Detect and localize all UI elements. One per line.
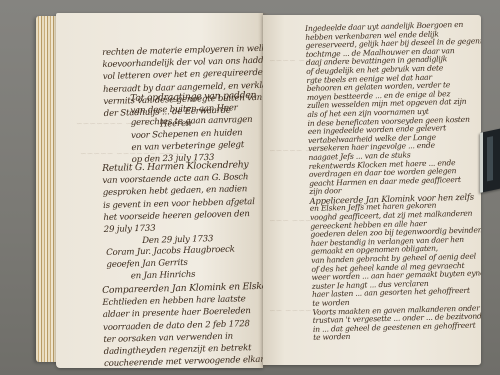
handwriting-entry-2: Retulit G. Harmen Klockendrehy van voors…	[102, 159, 256, 236]
handwriting-block-right: Ingedeelde daar uyt aandelijk Boergoen e…	[305, 20, 481, 343]
handwriting-entry-3: Coram Jur. Jacobs Haugbroeck geoefen Jan…	[106, 244, 236, 284]
handwriting-entry-4: Compareerden Jan Klomink en Elsken Jeffs…	[102, 280, 263, 368]
handwriting-entry-1: Tot opdragtinge van padden van dese buit…	[130, 90, 258, 166]
book-corner-binding	[480, 127, 500, 193]
left-page: ~~~~~~ ~~~~ ~~~~~~~ ~~~~ ~~~~~~ ~~~~~ re…	[56, 13, 263, 368]
right-page: ~~~~ ~~~~ ~~~ ~~~~~ ~~~~~ ~~~ ~~~~ ~~~~~…	[263, 15, 481, 365]
binding-detail	[487, 136, 493, 181]
